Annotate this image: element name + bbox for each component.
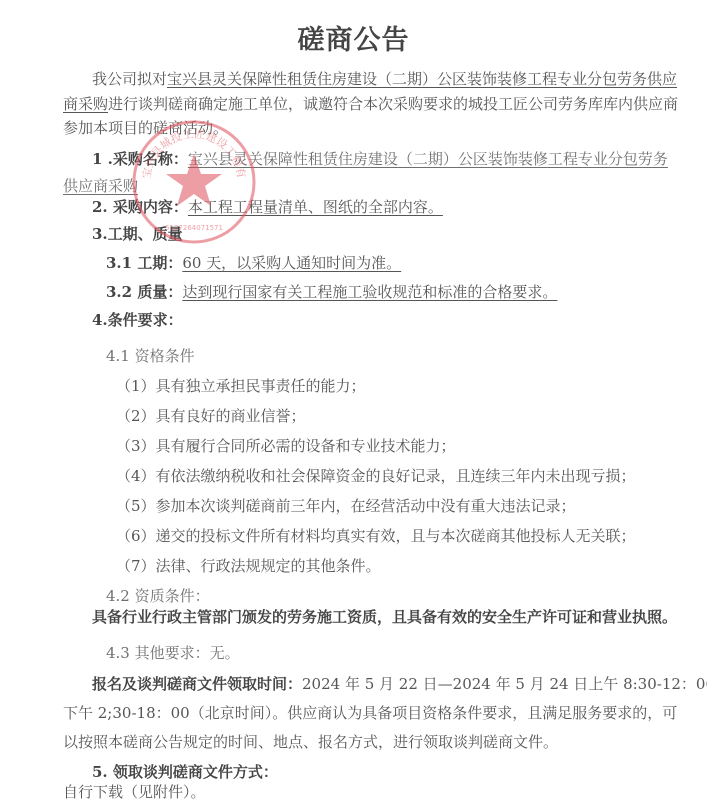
section-1-value-cont: 供应商采购 — [63, 177, 138, 195]
intro-prefix: 我公司拟对 — [92, 70, 167, 88]
qualification-item: （6）递交的投标文件所有材料均真实有效，且与本次磋商其他投标人无关联； — [116, 527, 636, 545]
section-3-2: 3.2 质量：达到现行国家有关工程施工验收规范和标准的合格要求。 — [106, 283, 557, 301]
document-page: 磋商公告 我公司拟对宝兴县灵关保障性租赁住房建设（二期）公区装饰装修工程专业分包… — [0, 0, 707, 806]
intro-project-name: 宝兴县灵关保障性租赁住房建设（二期）公区装饰装修工程专业分包劳务供应 — [167, 70, 677, 88]
intro-project-name-cont: 商采购 — [63, 95, 108, 113]
intro-line-3: 参加本项目的磋商活动。 — [63, 119, 228, 137]
registration-line-3: 以按照本磋商公告规定的时间、地点、报名方式，进行领取谈判磋商文件。 — [63, 733, 558, 751]
section-1-value: 宝兴县灵关保障性租赁住房建设（二期）公区装饰装修工程专业分包劳务 — [188, 150, 668, 168]
qualification-item: （7）法律、行政法规规定的其他条件。 — [116, 557, 381, 575]
section-3-1-label: 3.1 工期： — [106, 254, 182, 272]
section-3-1-value: 60 天，以采购人通知时间为准。 — [182, 254, 401, 272]
intro-line-1: 我公司拟对宝兴县灵关保障性租赁住房建设（二期）公区装饰装修工程专业分包劳务供应 — [92, 70, 677, 88]
section-2: 2. 采购内容：本工程工程量清单、图纸的全部内容。 — [92, 198, 443, 216]
registration-time: 2024 年 5 月 22 日—2024 年 5 月 24 日上午 8:30-1… — [302, 675, 707, 693]
qualification-item: （3）具有履行合同所必需的设备和专业技术能力； — [116, 437, 456, 455]
section-4-2-value: 具备行业行政主管部门颁发的劳务施工资质，且具备有效的安全生产许可证和营业执照。 — [92, 608, 677, 626]
section-4-3-heading: 4.3 其他要求：无。 — [106, 644, 240, 662]
registration-line-1: 报名及谈判磋商文件领取时间：2024 年 5 月 22 日—2024 年 5 月… — [92, 675, 707, 693]
registration-line-2: 下午 2;30-18：00（北京时间）。供应商认为具备项目资格条件要求，且满足服… — [63, 704, 677, 722]
qualification-item: （1）具有独立承担民事责任的能力； — [116, 377, 366, 395]
section-5-heading: 5. 领取谈判磋商文件方式： — [92, 763, 278, 781]
intro-line-2: 商采购进行谈判磋商确定施工单位，诚邀符合本次采购要求的城投工匠公司劳务库库内供应… — [63, 95, 678, 113]
section-2-value: 本工程工程量清单、图纸的全部内容。 — [188, 198, 443, 216]
section-4-2-heading: 4.2 资质条件： — [106, 587, 210, 605]
registration-label: 报名及谈判磋商文件领取时间： — [92, 675, 302, 693]
section-1-value-line2: 供应商采购 — [63, 177, 138, 195]
section-4-1-heading: 4.1 资格条件 — [106, 347, 195, 365]
section-1-label: 1 .采购名称： — [92, 150, 188, 168]
section-3-heading: 3.工期、质量 — [92, 225, 183, 243]
section-5-value: 自行下载（见附件）。 — [63, 783, 206, 801]
intro-text: 进行谈判磋商确定施工单位，诚邀符合本次采购要求的城投工匠公司劳务库库内供应商 — [108, 95, 678, 113]
qualification-item: （2）具有良好的商业信誉； — [116, 407, 306, 425]
section-3-1: 3.1 工期：60 天，以采购人通知时间为准。 — [106, 254, 401, 272]
section-1: 1 .采购名称：宝兴县灵关保障性租赁住房建设（二期）公区装饰装修工程专业分包劳务 — [92, 150, 668, 168]
qualification-item: （5）参加本次谈判磋商前三年内，在经营活动中没有重大违法记录； — [116, 497, 576, 515]
section-2-label: 2. 采购内容： — [92, 198, 188, 216]
section-3-2-value: 达到现行国家有关工程施工验收规范和标准的合格要求。 — [182, 283, 557, 301]
qualification-item: （4）有依法缴纳税收和社会保障资金的良好记录，且连续三年内未出现亏损； — [116, 467, 636, 485]
section-3-2-label: 3.2 质量： — [106, 283, 182, 301]
section-4-heading: 4.条件要求： — [92, 311, 183, 329]
page-title: 磋商公告 — [0, 18, 707, 57]
